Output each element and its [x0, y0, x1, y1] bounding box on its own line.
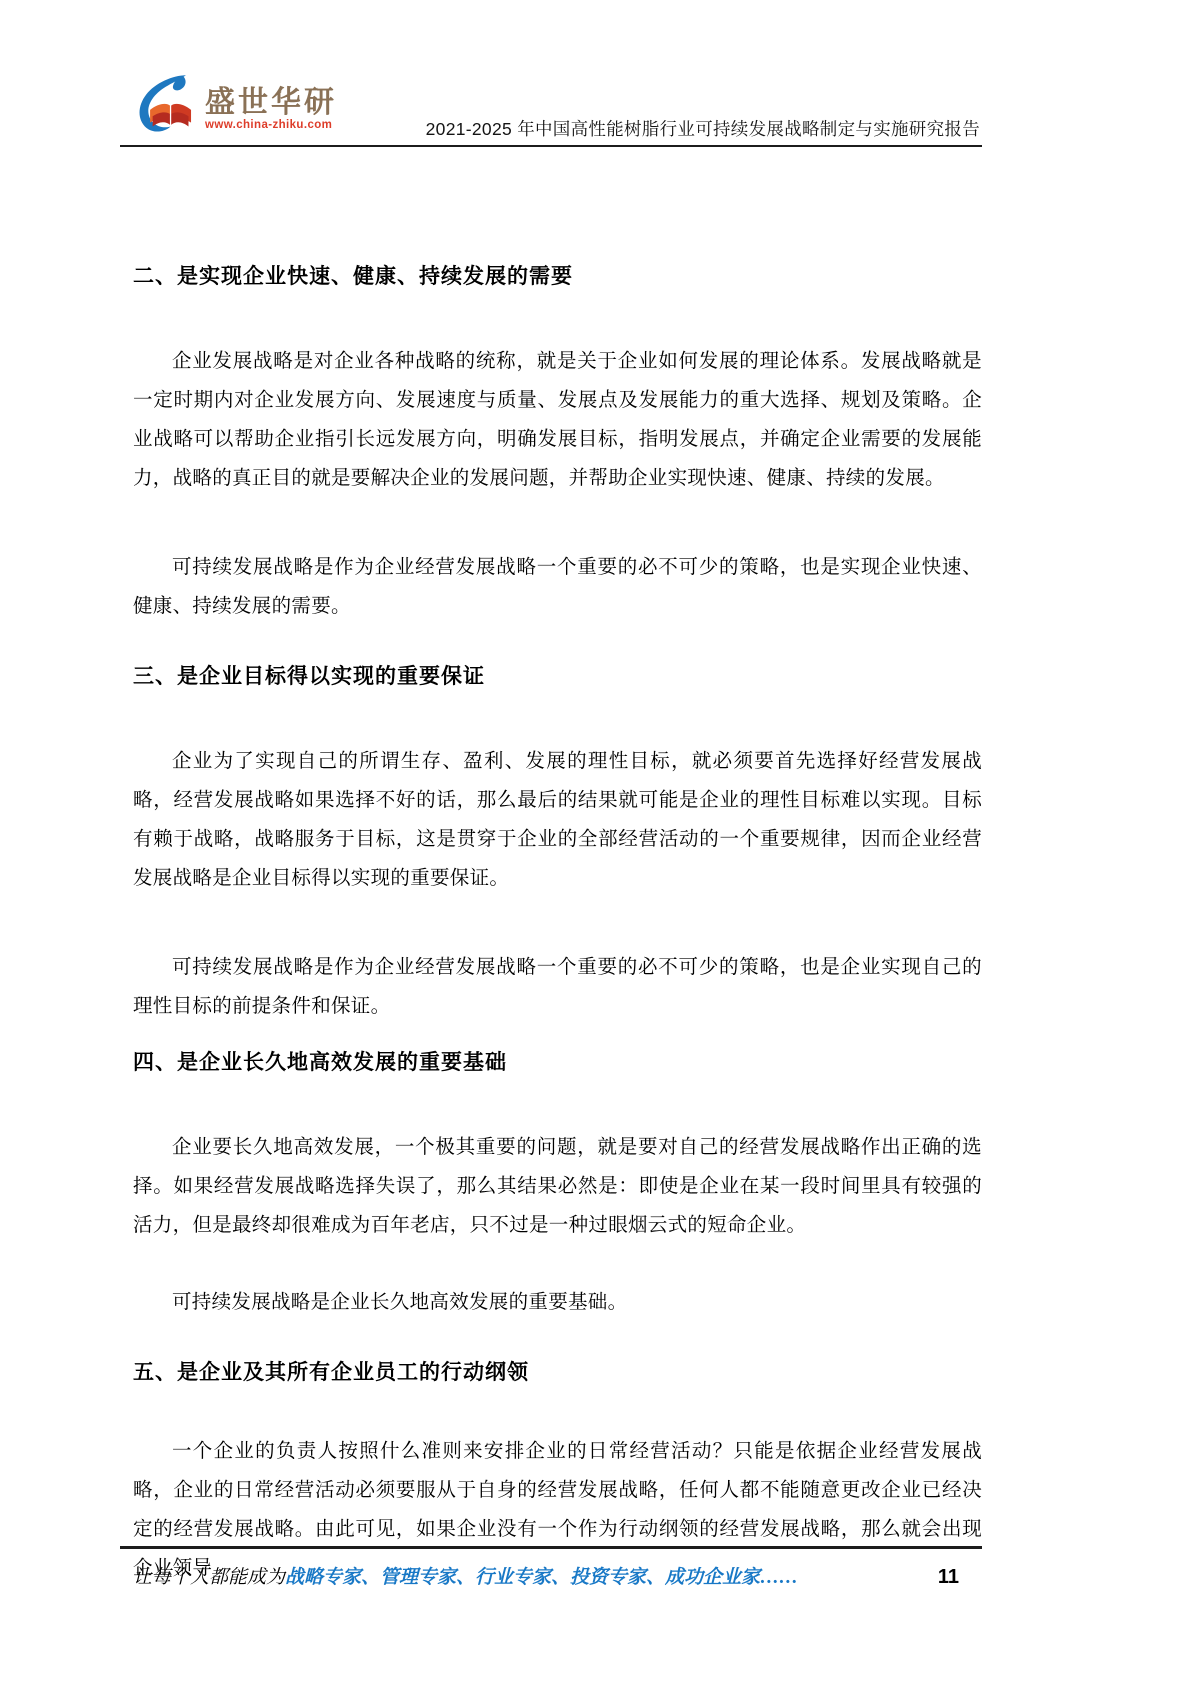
- section-heading-5: 五、是企业及其所有企业员工的行动纲领: [133, 1358, 982, 1388]
- brand-url: www.china-zhiku.com: [205, 119, 337, 131]
- report-title: 2021-2025 年中国高性能树脂行业可持续发展战略制定与实施研究报告: [426, 116, 980, 141]
- paragraph: 企业要长久地高效发展，一个极其重要的问题，就是要对自己的经营发展战略作出正确的选…: [133, 1128, 982, 1245]
- document-body: 二、是实现企业快速、健康、持续发展的需要 企业发展战略是对企业各种战略的统称，就…: [133, 147, 982, 1588]
- footer-divider: [120, 1546, 982, 1549]
- footer-tagline: 让每个人都能成为战略专家、管理专家、行业专家、投资专家、成功企业家……: [133, 1563, 893, 1593]
- paragraph: 企业发展战略是对企业各种战略的统称，就是关于企业如何发展的理论体系。发展战略就是…: [133, 342, 982, 498]
- book-swoosh-logo-icon: [136, 72, 200, 140]
- section-heading-2: 二、是实现企业快速、健康、持续发展的需要: [133, 262, 982, 292]
- paragraph: 可持续发展战略是企业长久地高效发展的重要基础。: [133, 1283, 982, 1322]
- brand-logo: 盛世华研 www.china-zhiku.com: [136, 72, 337, 140]
- document-page: 盛世华研 www.china-zhiku.com 2021-2025 年中国高性…: [0, 0, 1191, 1684]
- paragraph: 可持续发展战略是作为企业经营发展战略一个重要的必不可少的策略，也是实现企业快速、…: [133, 548, 982, 626]
- brand-text-block: 盛世华研 www.china-zhiku.com: [205, 72, 337, 131]
- section-heading-3: 三、是企业目标得以实现的重要保证: [133, 662, 982, 692]
- paragraph: 可持续发展战略是作为企业经营发展战略一个重要的必不可少的策略，也是企业实现自己的…: [133, 948, 982, 1026]
- footer-tagline-highlight: 战略专家、管理专家、行业专家、投资专家、成功企业家……: [285, 1567, 798, 1588]
- brand-name: 盛世华研: [205, 88, 337, 118]
- footer-tagline-prefix: 让每个人都能成为: [133, 1567, 285, 1588]
- section-heading-4: 四、是企业长久地高效发展的重要基础: [133, 1048, 982, 1078]
- page-number: 11: [938, 1566, 959, 1589]
- paragraph: 企业为了实现自己的所谓生存、盈利、发展的理性目标，就必须要首先选择好经营发展战略…: [133, 742, 982, 898]
